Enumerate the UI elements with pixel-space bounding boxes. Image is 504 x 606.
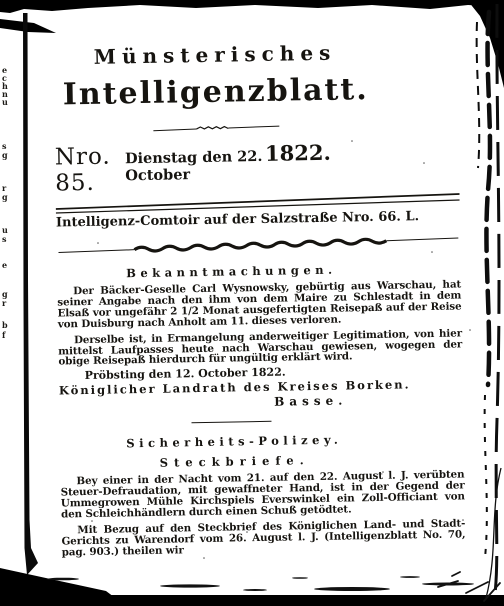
scan-artifact-right-edge <box>468 0 504 88</box>
paragraph: Bey einer in der Nacht vom 21. auf den 2… <box>60 470 465 521</box>
edge-fragment: u <box>2 98 8 106</box>
issue-number: Nro. 85. <box>55 143 126 196</box>
edge-fragment: s <box>2 235 7 243</box>
section-heading-sicherheits-polizey: Sicherheits-Polizey. <box>60 432 409 452</box>
paragraph: Der Bäcker-Geselle Carl Wysnowsky, gebür… <box>57 279 462 330</box>
masthead: Münsterisches Intelligenzblatt. Nro. 85.… <box>53 39 461 256</box>
edge-fragment: u <box>2 226 8 234</box>
section-divider-rule <box>191 421 271 423</box>
newspaper-scan-page: e c h n u s g r g u s e g r b f Münsteri… <box>0 0 504 606</box>
edge-fragment: f <box>2 331 5 339</box>
section-sicherheits-polizey: Sicherheits-Polizey. Steckbriefe. Bey ei… <box>60 431 466 558</box>
issue-date-row: Nro. 85. Dienstag den 22. October 1822. <box>55 139 380 197</box>
masthead-squiggle-divider <box>151 122 281 134</box>
issue-year: 1822. <box>265 140 331 166</box>
section-heading-bekanntmachungen: Bekanntmachungen. <box>57 261 406 281</box>
edge-fragment: g <box>2 151 8 159</box>
edge-fragment: r <box>2 299 6 307</box>
section-bekanntmachungen: Bekanntmachungen. Der Bäcker-Geselle Car… <box>57 260 463 412</box>
scan-artifact-spine-line <box>23 13 38 575</box>
section-subheading-steckbriefe: Steckbriefe. <box>60 452 409 472</box>
edge-fragment: r <box>2 184 6 192</box>
paragraph: Mit Bezug auf den Steckbrief des Königli… <box>61 518 466 558</box>
issue-date: Dienstag den 22. October <box>125 148 266 184</box>
edge-fragment: g <box>2 290 8 298</box>
signature-name: Basse. <box>274 392 463 409</box>
paragraph: Derselbe ist, in Ermangelung anderweitig… <box>58 328 463 368</box>
page-content: Münsterisches Intelligenzblatt. Nro. 85.… <box>52 0 466 558</box>
edge-fragment: g <box>2 193 8 201</box>
scan-artifact-bottom-edge <box>0 595 504 606</box>
masthead-title-line2: Intelligenzblatt. <box>53 72 378 113</box>
edge-fragment: s <box>2 142 7 150</box>
edge-fragment: e <box>2 261 7 269</box>
masthead-title-line1: Münsterisches <box>53 40 377 70</box>
edge-fragment: b <box>2 321 8 329</box>
wavy-divider <box>56 232 460 255</box>
